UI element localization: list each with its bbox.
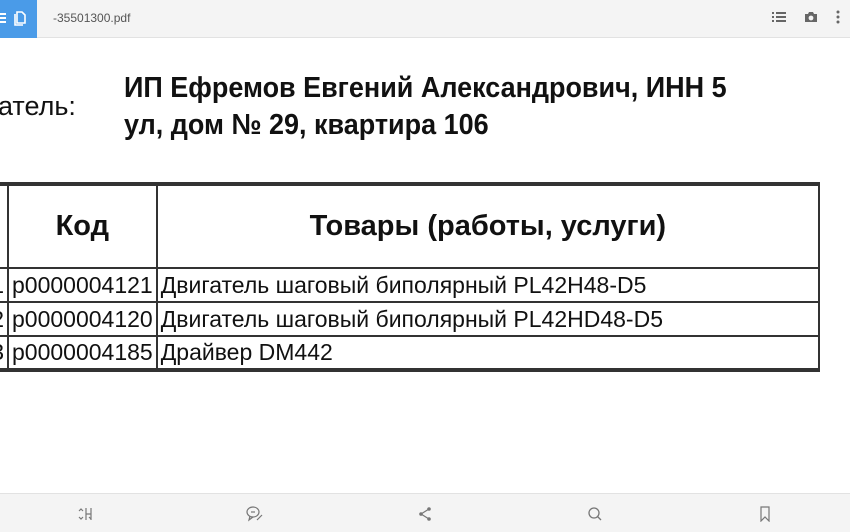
pdf-page[interactable]: атель: ИП Ефремов Евгений Александрович,… [0, 39, 850, 493]
menu-icon [0, 13, 6, 23]
row-num: 2 [0, 302, 8, 336]
pages-icon [12, 11, 26, 27]
row-goods: Двигатель шаговый биполярный PL42H48-D5 [157, 268, 819, 302]
row-code: p0000004121 [8, 268, 157, 302]
header-code: Код [8, 184, 157, 268]
annotate-icon[interactable] [246, 505, 264, 523]
page-view-button[interactable] [0, 0, 37, 38]
table-header-row: Код Товары (работы, услуги) [0, 184, 819, 268]
header-goods: Товары (работы, услуги) [157, 184, 819, 268]
seller-name: ИП Ефремов Евгений Александрович, ИНН 5 … [124, 70, 727, 144]
row-goods: Двигатель шаговый биполярный PL42HD48-D5 [157, 302, 819, 336]
header-num [0, 184, 8, 268]
text-select-icon[interactable] [76, 505, 94, 523]
list-icon[interactable] [772, 11, 786, 23]
search-icon[interactable] [586, 505, 604, 523]
bookmark-icon[interactable] [756, 505, 774, 523]
table-row: 1 p0000004121 Двигатель шаговый биполярн… [0, 268, 819, 302]
table-row: 2 p0000004120 Двигатель шаговый биполярн… [0, 302, 819, 336]
top-toolbar: -35501300.pdf [0, 0, 850, 38]
row-num: 3 [0, 336, 8, 370]
seller-line-2: ул, дом № 29, квартира 106 [124, 107, 727, 144]
table-row: 3 p0000004185 Драйвер DM442 [0, 336, 819, 370]
bottom-toolbar [0, 493, 850, 532]
row-num: 1 [0, 268, 8, 302]
row-code: p0000004185 [8, 336, 157, 370]
goods-table: Код Товары (работы, услуги) 1 p000000412… [0, 182, 820, 372]
row-goods: Драйвер DM442 [157, 336, 819, 370]
share-icon[interactable] [416, 505, 434, 523]
file-name: -35501300.pdf [53, 11, 130, 25]
camera-icon[interactable] [804, 11, 818, 23]
row-code: p0000004120 [8, 302, 157, 336]
seller-line-1: ИП Ефремов Евгений Александрович, ИНН 5 [124, 70, 727, 107]
seller-label: атель: [0, 91, 76, 122]
more-vert-icon[interactable] [836, 10, 840, 24]
